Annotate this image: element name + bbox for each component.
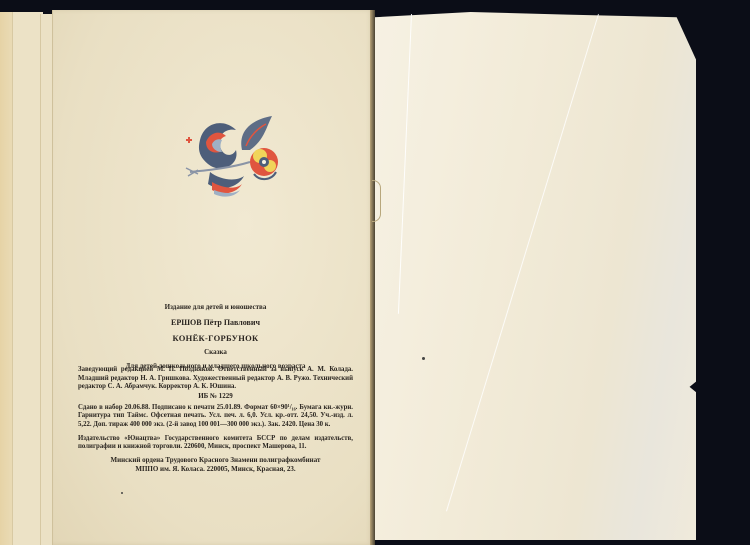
folk-floral-ornament-icon [180, 110, 285, 200]
imprint-header: Издание для детей и юношества ЕРШОВ Пётр… [78, 303, 353, 371]
paper-speck [422, 357, 425, 360]
book-title: КОНЁК-ГОРБУНОК [78, 333, 353, 343]
genre: Сказка [78, 348, 353, 357]
binding-staple [372, 180, 381, 222]
publisher-info: Издательство «Юнацтва» Государственного … [78, 435, 353, 452]
ib-number: ИБ № 1229 [78, 392, 353, 401]
edition-note: Издание для детей и юношества [78, 303, 353, 312]
page-edge [12, 12, 43, 545]
right-page [374, 12, 696, 540]
paper-speck [121, 492, 123, 494]
printer-line-1: Минский ордена Трудового Красного Знамен… [78, 456, 353, 465]
book-spine [370, 10, 375, 545]
printer-line-2: МППО им. Я. Коласа. 220005, Минск, Красн… [78, 465, 353, 474]
print-details: Сдано в набор 20.06.88. Подписано к печа… [78, 404, 353, 430]
imprint-details: Заведующий редакцией М. П. Поздняков. От… [78, 366, 353, 474]
editorial-credits: Заведующий редакцией М. П. Поздняков. От… [78, 366, 353, 392]
author-name: ЕРШОВ Пётр Павлович [78, 318, 353, 327]
book-scan: Издание для детей и юношества ЕРШОВ Пётр… [0, 0, 750, 545]
